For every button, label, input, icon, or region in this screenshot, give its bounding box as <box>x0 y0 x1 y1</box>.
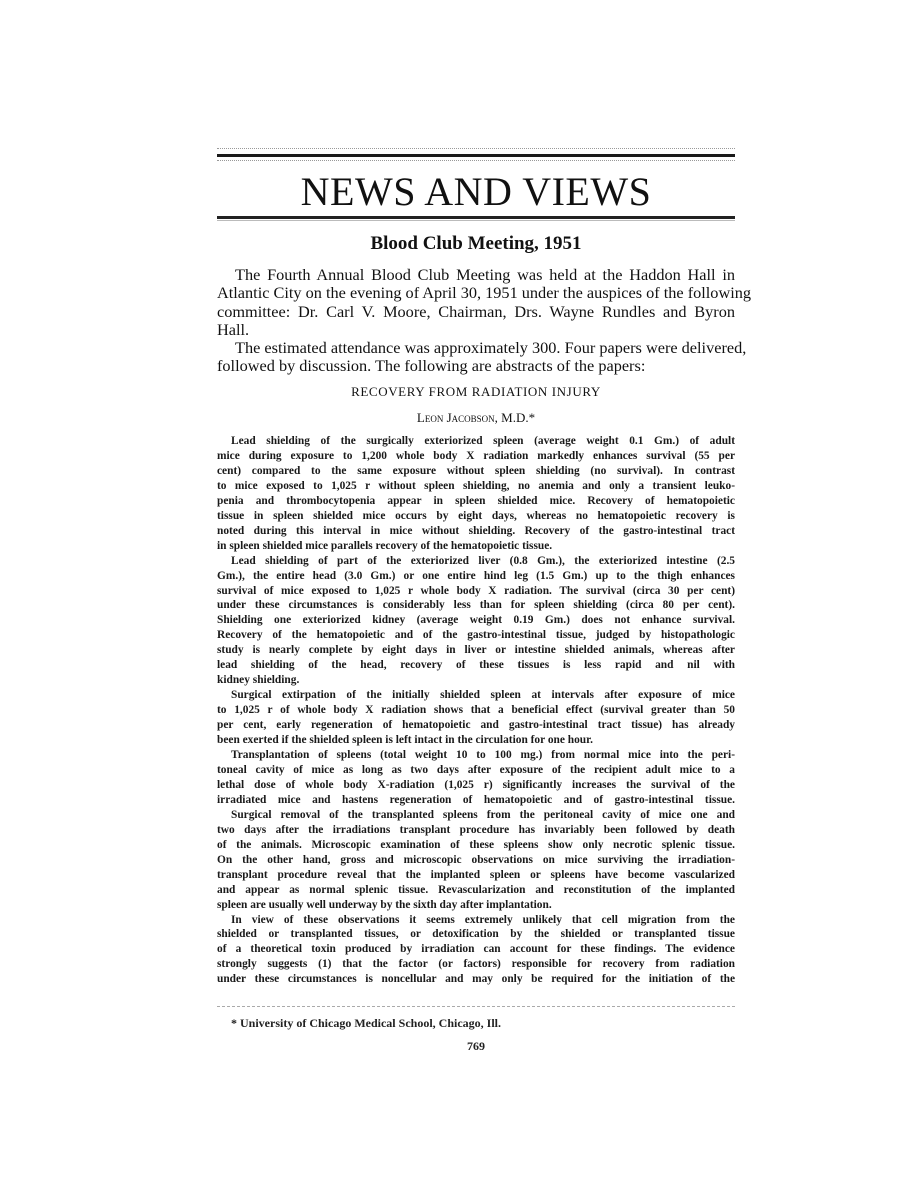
page-number: 769 <box>217 1039 735 1054</box>
footnote-divider <box>217 1006 735 1007</box>
text-line: penia and thrombocytopenia appear in spl… <box>217 494 735 509</box>
text-line: of a theoretical toxin produced by irrad… <box>217 942 735 957</box>
article-title: Blood Club Meeting, 1951 <box>217 232 735 256</box>
text-line: The Fourth Annual Blood Club Meeting was… <box>217 266 735 284</box>
text-line: and appear as normal splenic tissue. Rev… <box>217 883 735 898</box>
text-line: per cent, early regeneration of hematopo… <box>217 718 735 733</box>
divider <box>217 220 735 221</box>
text-line: kidney shielding. <box>217 673 735 688</box>
text-line: under these circumstances is noncellular… <box>217 972 735 987</box>
text-line: The estimated attendance was approximate… <box>217 339 735 357</box>
author-name: Leon Jacobson, M.D.* <box>417 410 535 425</box>
intro-paragraphs: The Fourth Annual Blood Club Meeting was… <box>217 266 735 376</box>
text-line: irradiated mice and hastens regeneration… <box>217 793 735 808</box>
text-line: followed by discussion. The following ar… <box>217 357 735 375</box>
paper-title: RECOVERY FROM RADIATION INJURY <box>217 384 735 400</box>
divider <box>217 148 735 149</box>
text-line: tissue in spleen shielded mice occurs by… <box>217 509 735 524</box>
text-line: of the animals. Microscopic examination … <box>217 838 735 853</box>
text-line: study is nearly complete by eight days i… <box>217 643 735 658</box>
text-line: Atlantic City on the evening of April 30… <box>217 284 735 302</box>
text-line: Recovery of the hematopoietic and of the… <box>217 628 735 643</box>
text-line: under these circumstances is considerabl… <box>217 598 735 613</box>
section-masthead: NEWS AND VIEWS <box>217 170 735 214</box>
text-line: In view of these observations it seems e… <box>217 913 735 928</box>
text-line: Hall. <box>217 321 735 339</box>
header-rules <box>217 146 735 161</box>
footnote: * University of Chicago Medical School, … <box>231 1016 731 1031</box>
text-line: cent) compared to the same exposure with… <box>217 464 735 479</box>
text-line: lethal dose of whole body X-radiation (1… <box>217 778 735 793</box>
text-line: been exerted if the shielded spleen is l… <box>217 733 735 748</box>
text-line: transplant procedure reveal that the imp… <box>217 868 735 883</box>
text-line: Shielding one exteriorized kidney (avera… <box>217 613 735 628</box>
text-line: two days after the irradiations transpla… <box>217 823 735 838</box>
text-line: committee: Dr. Carl V. Moore, Chairman, … <box>217 303 735 321</box>
divider <box>217 154 735 157</box>
text-line: Surgical extirpation of the initially sh… <box>217 688 735 703</box>
text-line: in spleen shielded mice parallels recove… <box>217 539 735 554</box>
divider <box>217 160 735 161</box>
text-line: to mice exposed to 1,025 r without splee… <box>217 479 735 494</box>
text-line: to 1,025 r of whole body X radiation sho… <box>217 703 735 718</box>
text-line: mice during exposure to 1,200 whole body… <box>217 449 735 464</box>
text-line: Gm.), the entire head (3.0 Gm.) or one e… <box>217 569 735 584</box>
text-line: On the other hand, gross and microscopic… <box>217 853 735 868</box>
text-line: Lead shielding of part of the exterioriz… <box>217 554 735 569</box>
text-line: Transplantation of spleens (total weight… <box>217 748 735 763</box>
text-line: Surgical removal of the transplanted spl… <box>217 808 735 823</box>
text-line: shielded or transplanted tissues, or det… <box>217 927 735 942</box>
text-line: strongly suggests (1) that the factor (o… <box>217 957 735 972</box>
text-line: toneal cavity of mice as long as two day… <box>217 763 735 778</box>
text-line: noted during this interval in mice witho… <box>217 524 735 539</box>
text-line: survival of mice exposed to 1,025 r whol… <box>217 584 735 599</box>
divider <box>217 216 735 219</box>
text-line: Lead shielding of the surgically exterio… <box>217 434 735 449</box>
paper-abstract: Lead shielding of the surgically exterio… <box>217 434 735 987</box>
paper-author: Leon Jacobson, M.D.* <box>217 410 735 426</box>
text-line: spleen are usually well underway by the … <box>217 898 735 913</box>
text-line: lead shielding of the head, recovery of … <box>217 658 735 673</box>
